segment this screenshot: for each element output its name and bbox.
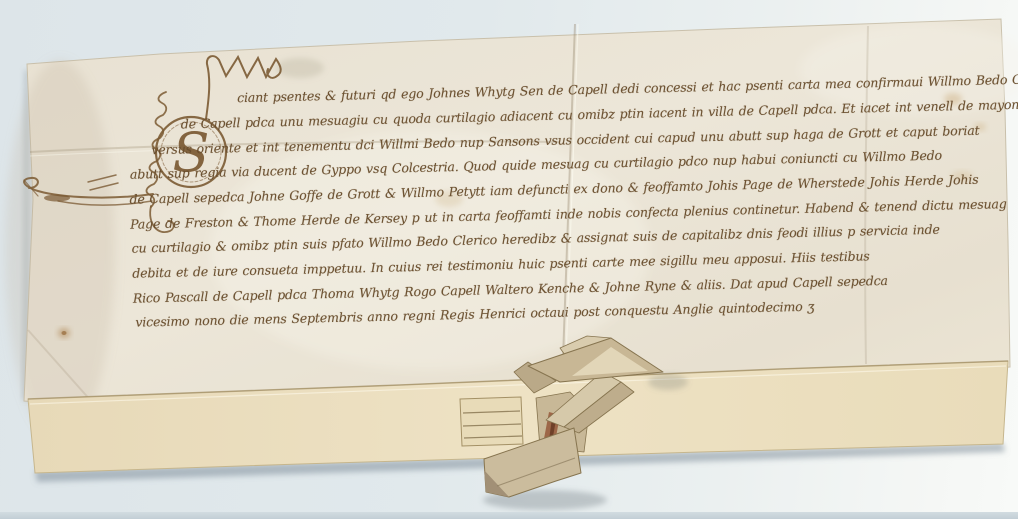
scanner-bed: S [0, 0, 1018, 519]
scanner-edge-strip [0, 512, 1018, 519]
plica-slit-flap [460, 397, 523, 446]
manuscript-line-10: vicesimo nono die mens Septembris anno r… [135, 299, 814, 330]
manuscript-text: ciant psentes & futuri qd ego Johnes Why… [118, 72, 1010, 353]
